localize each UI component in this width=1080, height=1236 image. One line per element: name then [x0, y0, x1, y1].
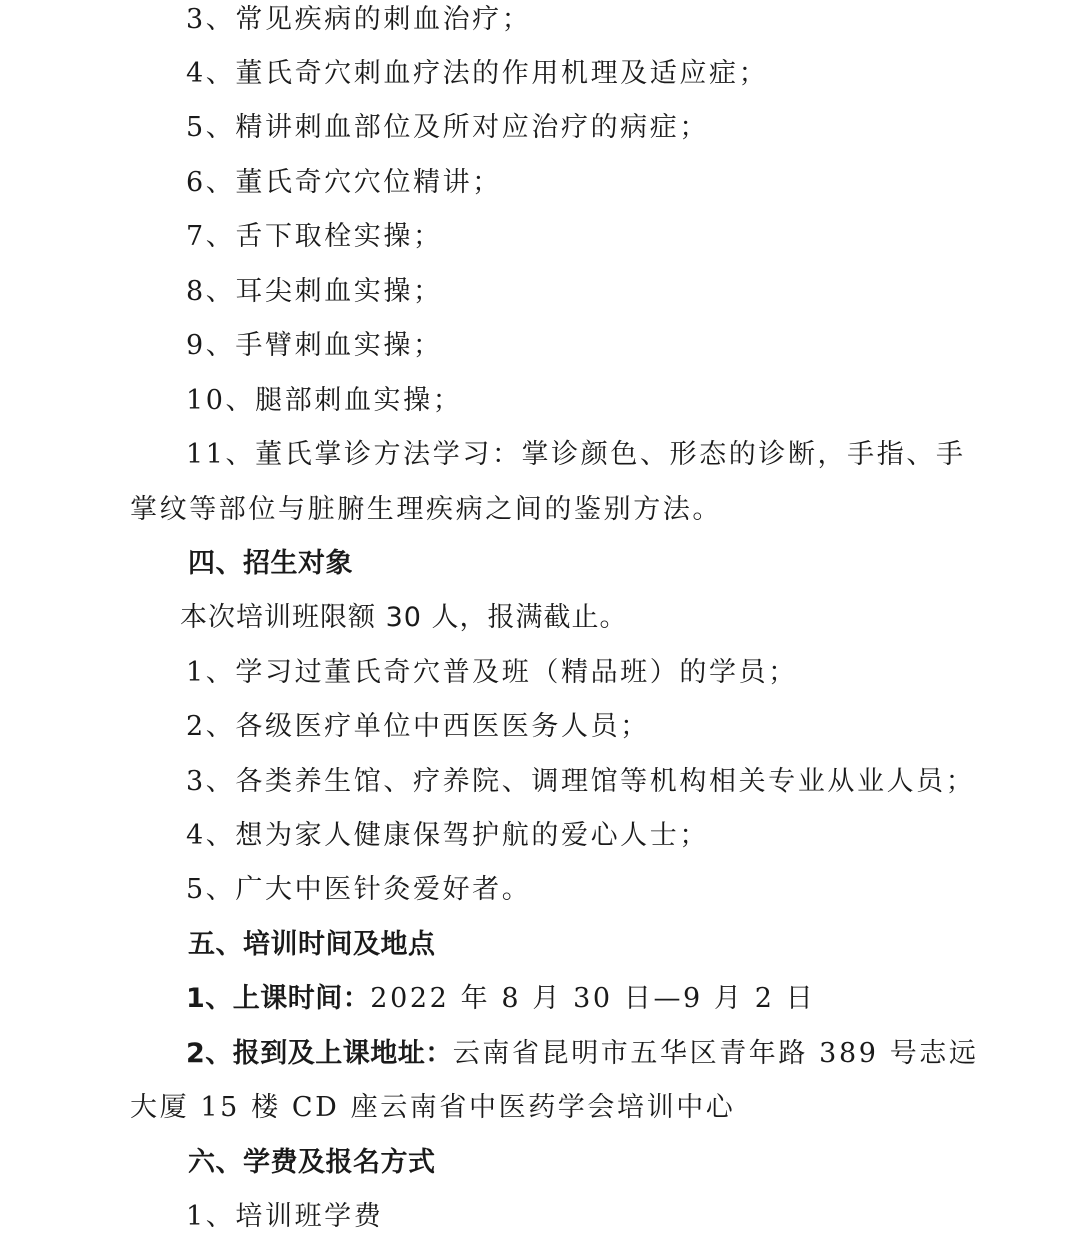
course-item-4: 4、董氏奇穴刺血疗法的作用机理及适应症； — [186, 54, 768, 94]
course-item-5: 5、精讲刺血部位及所对应治疗的病症； — [186, 108, 709, 148]
section4-heading: 四、招生对象 — [188, 544, 353, 584]
class-address-value-line2: 大厦 15 楼 CD 座云南省中医药学会培训中心 — [130, 1088, 735, 1128]
course-item-11-line1: 11、董氏掌诊方法学习：掌诊颜色、形态的诊断，手指、手 — [186, 435, 966, 475]
course-item-3: 3、常见疾病的刺血治疗； — [186, 0, 531, 40]
section5-heading: 五、培训时间及地点 — [188, 925, 436, 965]
class-time-label: 1、上课时间： — [186, 983, 370, 1014]
document-page: 3、常见疾病的刺血治疗； 4、董氏奇穴刺血疗法的作用机理及适应症； 5、精讲刺血… — [0, 0, 1080, 1236]
target-item-4: 4、想为家人健康保驾护航的爱心人士； — [186, 816, 709, 856]
course-item-11-line2: 掌纹等部位与脏腑生理疾病之间的鉴别方法。 — [130, 490, 722, 530]
class-address-value-line1: 云南省昆明市五华区青年路 389 号志远 — [453, 1038, 979, 1069]
course-item-8: 8、耳尖刺血实操； — [186, 272, 443, 312]
target-item-3: 3、各类养生馆、疗养院、调理馆等机构相关专业从业人员； — [186, 762, 975, 802]
section6-heading: 六、学费及报名方式 — [188, 1143, 436, 1183]
course-item-10: 10、腿部刺血实操； — [186, 381, 462, 421]
section4-quota-note: 本次培训班限额 30 人，报满截止。 — [180, 598, 628, 638]
target-item-1: 1、学习过董氏奇穴普及班（精品班）的学员； — [186, 653, 798, 693]
target-item-2: 2、各级医疗单位中西医医务人员； — [186, 707, 650, 747]
fee-item-1: 1、培训班学费 — [186, 1197, 383, 1236]
course-item-9: 9、手臂刺血实操； — [186, 326, 443, 366]
class-address: 2、报到及上课地址：云南省昆明市五华区青年路 389 号志远 — [186, 1034, 979, 1074]
class-time-value: 2022 年 8 月 30 日—9 月 2 日 — [370, 983, 815, 1014]
class-time: 1、上课时间：2022 年 8 月 30 日—9 月 2 日 — [186, 979, 815, 1019]
class-address-label: 2、报到及上课地址： — [186, 1038, 453, 1069]
target-item-5: 5、广大中医针灸爱好者。 — [186, 870, 531, 910]
course-item-6: 6、董氏奇穴穴位精讲； — [186, 163, 502, 203]
course-item-7: 7、舌下取栓实操； — [186, 217, 443, 257]
